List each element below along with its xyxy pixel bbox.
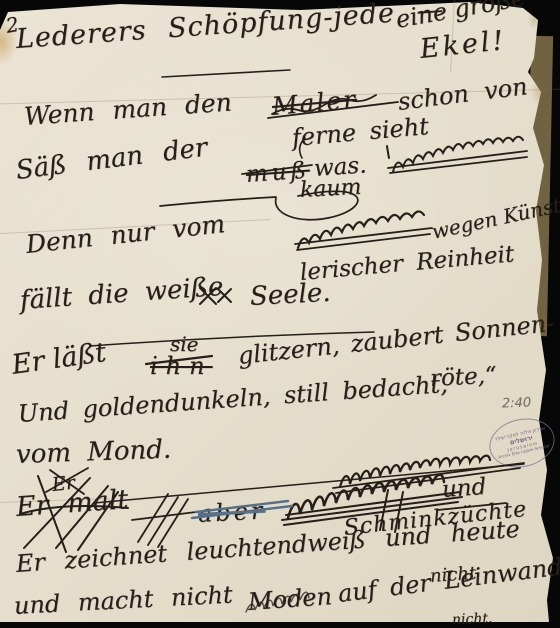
verse5-struck-word: ihn [150,352,213,380]
verse4-end: Seele. [249,278,331,312]
verse8-kept-word: und [441,474,487,503]
verse8-struck-blue-word: aber [197,496,266,527]
verse10-small-end-word: nicht. [452,611,493,628]
verse10-insertion: nicht [429,563,477,587]
verse10-scribbled-word: Moden [247,582,333,616]
verse7: vom Mond. [15,435,171,470]
pencil-note: 2:40 [502,395,532,411]
verse2-circled-insertion: kaum [299,175,362,203]
verse5-insertion: sie [170,332,199,356]
manuscript-scan: 2 Lederers Schöpfung-jede — eine große E… [0,0,560,628]
